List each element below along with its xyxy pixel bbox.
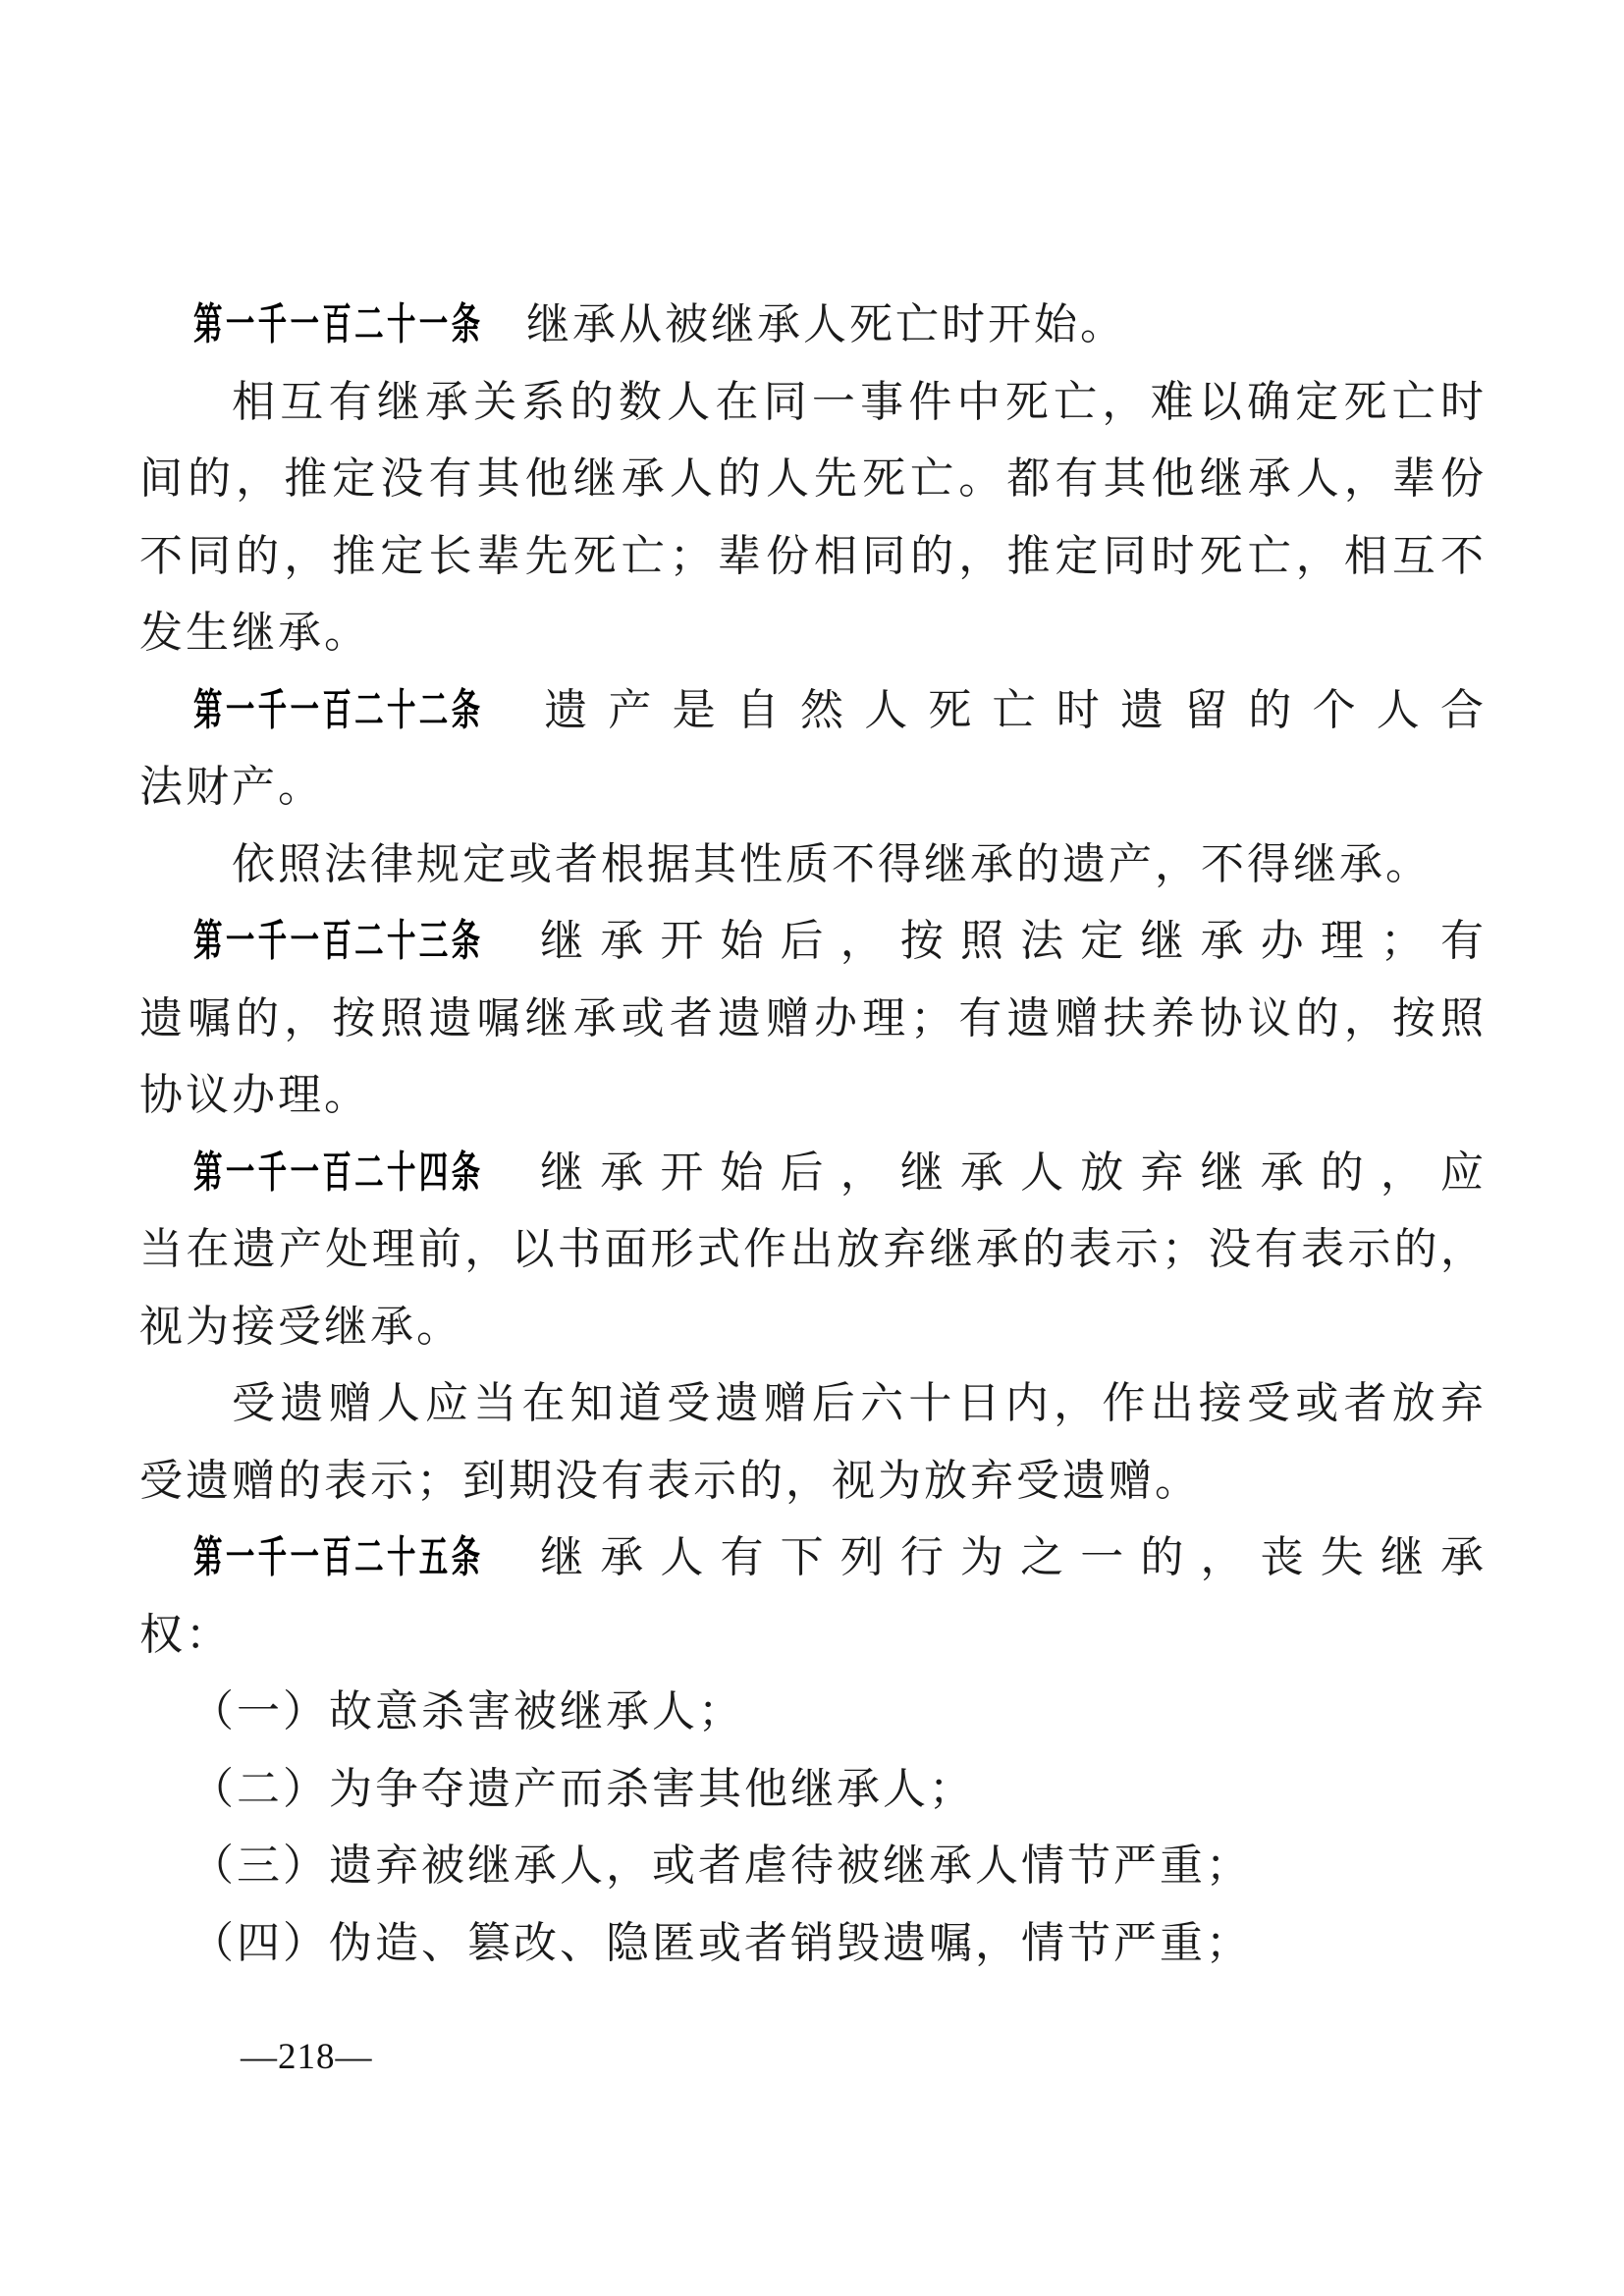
list-item: （四）伪造、篡改、隐匿或者销毁遗嘱，情节严重； xyxy=(139,1905,1487,1983)
article-1125-line: 第一千一百二十五条继承人有下列行为之一的，丧失继承 xyxy=(139,1520,1487,1597)
text-line: 依照法律规定或者根据其性质不得继承的遗产，不得继承。 xyxy=(139,827,1487,904)
text-line: 受遗赠的表示；到期没有表示的，视为放弃受遗赠。 xyxy=(139,1443,1487,1521)
article-1123-line: 第一千一百二十三条继承开始后，按照法定继承办理；有 xyxy=(139,903,1487,981)
document-page: 第一千一百二十一条继承从被继承人死亡时开始。 相互有继承关系的数人在同一事件中死… xyxy=(0,0,1624,2296)
article-text: 继承开始后，按照法定继承办理；有 xyxy=(526,917,1487,965)
text-line: 遗嘱的，按照遗嘱继承或者遗赠办理；有遗赠扶养协议的，按照 xyxy=(139,981,1487,1058)
text-line: 法财产。 xyxy=(139,749,1487,827)
article-1124-line: 第一千一百二十四条继承开始后，继承人放弃继承的，应 xyxy=(139,1135,1487,1212)
list-item: （一）故意杀害被继承人； xyxy=(139,1674,1487,1751)
text-line: 当在遗产处理前，以书面形式作出放弃继承的表示；没有表示的， xyxy=(139,1211,1487,1289)
article-text: 继承人有下列行为之一的，丧失继承 xyxy=(526,1533,1487,1581)
list-item: （三）遗弃被继承人，或者虐待被继承人情节严重； xyxy=(139,1828,1487,1905)
list-item: （二）为争夺遗产而杀害其他继承人； xyxy=(139,1751,1487,1829)
text-line: 协议办理。 xyxy=(139,1057,1487,1135)
text-line: 发生继承。 xyxy=(139,595,1487,672)
law-text-block: 第一千一百二十一条继承从被继承人死亡时开始。 相互有继承关系的数人在同一事件中死… xyxy=(139,287,1487,1982)
article-1121-line: 第一千一百二十一条继承从被继承人死亡时开始。 xyxy=(139,287,1487,364)
page-number: —218— xyxy=(241,2034,373,2081)
text-line: 权： xyxy=(139,1597,1487,1675)
article-text: 继承开始后，继承人放弃继承的，应 xyxy=(526,1148,1487,1197)
article-text: 遗产是自然人死亡时遗留的个人合 xyxy=(526,686,1487,734)
text-line: 间的，推定没有其他继承人的人先死亡。都有其他继承人，辈份 xyxy=(139,441,1487,518)
article-1122-line: 第一千一百二十二条遗产是自然人死亡时遗留的个人合 xyxy=(139,672,1487,750)
article-number: 第一千一百二十五条 xyxy=(193,1520,483,1597)
article-number: 第一千一百二十二条 xyxy=(193,672,483,750)
article-number: 第一千一百二十三条 xyxy=(193,903,483,981)
text-line: 视为接受继承。 xyxy=(139,1289,1487,1366)
text-line: 相互有继承关系的数人在同一事件中死亡，难以确定死亡时 xyxy=(139,364,1487,442)
text-line: 不同的，推定长辈先死亡；辈份相同的，推定同时死亡，相互不 xyxy=(139,518,1487,596)
text-line: 受遗赠人应当在知道受遗赠后六十日内，作出接受或者放弃 xyxy=(139,1365,1487,1443)
article-number: 第一千一百二十四条 xyxy=(193,1135,483,1212)
article-number: 第一千一百二十一条 xyxy=(193,287,483,364)
article-text: 继承从被继承人死亡时开始。 xyxy=(526,300,1126,348)
